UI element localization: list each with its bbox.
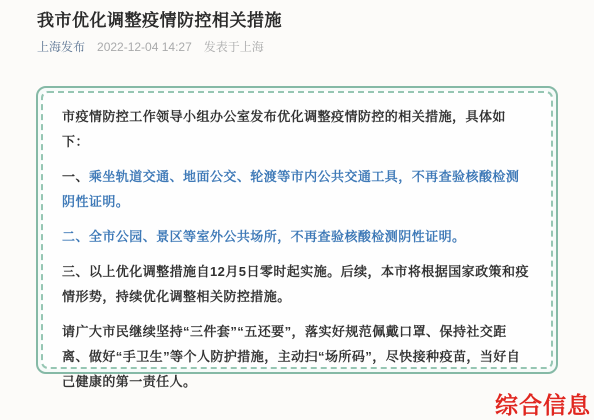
measure-item-3: 三、以上优化调整措施自12月5日零时起实施。后续，本市将根据国家政策和疫情形势，… xyxy=(62,259,532,309)
account-name-link[interactable]: 上海发布 xyxy=(37,38,85,55)
measures-box: 市疫情防控工作领导小组办公室发布优化调整疫情防控的相关措施，具体如下： 一、乘坐… xyxy=(36,86,558,374)
item-1-number: 一、 xyxy=(62,169,89,184)
item-3-text: 以上优化调整措施自12月5日零时起实施。后续，本市将根据国家政策和疫情形势，持续… xyxy=(62,264,529,304)
item-2-text: 全市公园、景区等室外公共场所，不再查验核酸检测阴性证明。 xyxy=(89,229,466,244)
article-title: 我市优化调整疫情防控相关措施 xyxy=(37,6,282,31)
item-1-text: 乘坐轨道交通、地面公交、轮渡等市内公共交通工具，不再查验核酸检测阴性证明。 xyxy=(62,169,519,209)
measure-item-1: 一、乘坐轨道交通、地面公交、轮渡等市内公共交通工具，不再查验核酸检测阴性证明。 xyxy=(62,164,532,214)
publish-location: 发表于上海 xyxy=(204,38,264,55)
item-3-number: 三、 xyxy=(62,264,89,279)
closing-paragraph: 请广大市民继续坚持“三件套”“五还要”，落实好规范佩戴口罩、保持社交距离、做好“… xyxy=(62,319,532,394)
intro-paragraph: 市疫情防控工作领导小组办公室发布优化调整疫情防控的相关措施，具体如下： xyxy=(62,104,532,154)
watermark-label: 综合信息 xyxy=(495,387,591,420)
measures-box-inner: 市疫情防控工作领导小组办公室发布优化调整疫情防控的相关措施，具体如下： 一、乘坐… xyxy=(41,91,553,369)
byline: 上海发布 2022-12-04 14:27 发表于上海 xyxy=(37,38,264,55)
measure-item-2: 二、全市公园、景区等室外公共场所，不再查验核酸检测阴性证明。 xyxy=(62,224,532,249)
publish-timestamp: 2022-12-04 14:27 xyxy=(97,40,192,54)
item-2-number: 二、 xyxy=(62,229,89,244)
